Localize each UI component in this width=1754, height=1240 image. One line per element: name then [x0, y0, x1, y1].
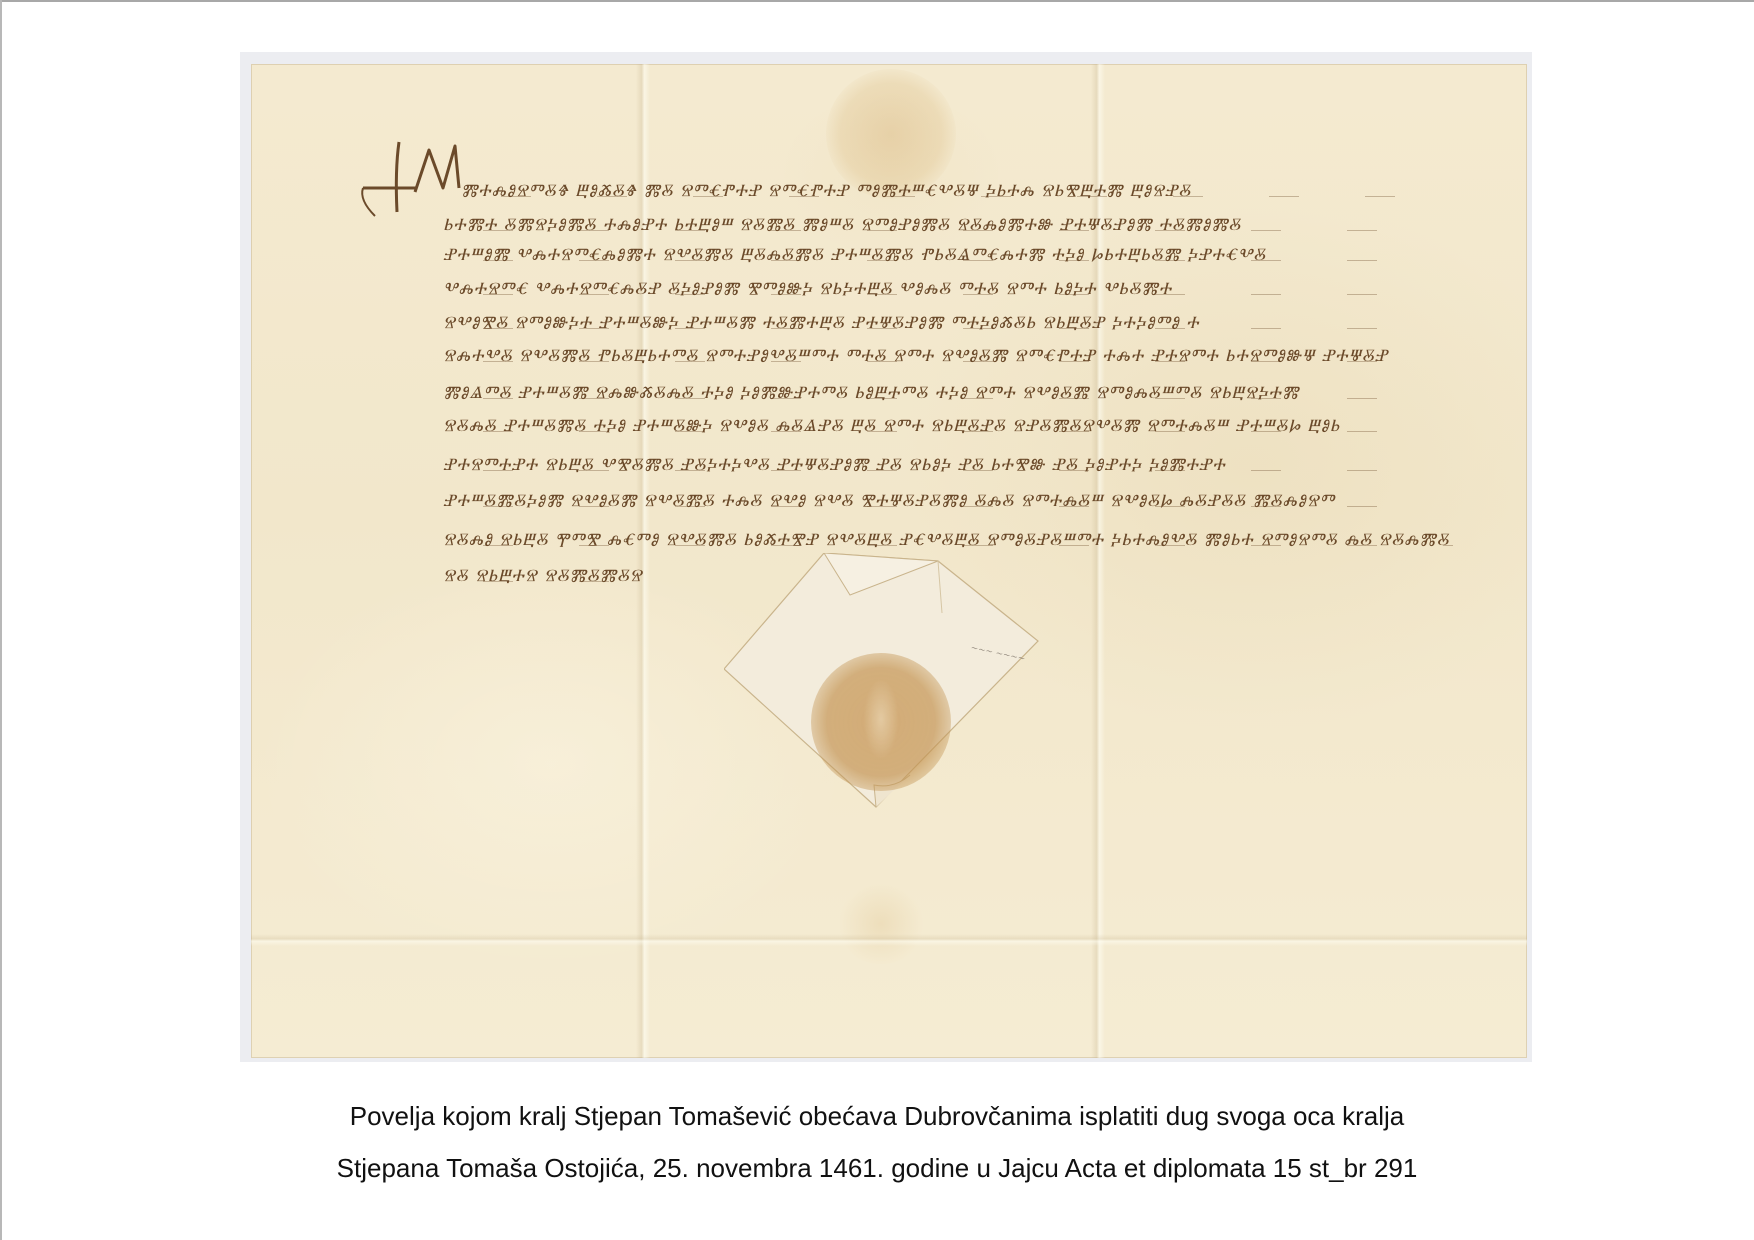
script-line: ⰔⰋⰎⰋ ⰐⰀⰞⰋⰏⰋ ⰀⰍⰑ ⰐⰀⰞⰋⰖⰍ ⰔⰂⰑⰋ ⰎⰋⰡⰐⰋ ⰁⰋ ⰔⰕⰀ… [443, 415, 1428, 437]
wax-seal: ~~~ ~~~~ [724, 553, 1054, 823]
script-line: ⰐⰀⰞⰑⰏ ⰂⰎⰀⰔⰕⰤⰎⰑⰏⰀ ⰔⰂⰋⰏⰋ ⰁⰋⰎⰋⰏⰋ ⰐⰀⰞⰋⰏⰋ ⰒⰓⰋ… [443, 244, 1423, 266]
script-line: ⰂⰎⰀⰔⰕⰤ ⰂⰎⰀⰔⰕⰤⰎⰋⰐ ⰋⰍⰑⰐⰑⰏ ⰊⰕⰑⰖⰍ ⰔⰓⰍⰀⰁⰋ ⰂⰑⰎ… [443, 278, 1433, 300]
script-line: ⰐⰀⰔⰕⰀⰐⰀ ⰔⰓⰁⰋ ⰂⰊⰋⰏⰋ ⰐⰋⰍⰀⰍⰂⰋ ⰐⰀⰛⰋⰐⰑⰏ ⰐⰋ ⰔⰓ… [443, 454, 1428, 476]
script-line: ⰔⰎⰀⰂⰋ ⰔⰂⰋⰏⰋ ⰒⰓⰋⰁⰓⰀⰕⰋ ⰔⰕⰀⰐⰑⰂⰋⰞⰕⰀ ⰕⰀⰋ ⰔⰕⰀ … [443, 345, 1428, 367]
script-line: ⰏⰀⰎⰑⰔⰕⰋⰦ ⰁⰑⰆⰋⰦ ⰏⰋ ⰔⰕⰤⰒⰀⰐ ⰔⰕⰤⰒⰀⰐ ⰕⰑⰏⰀⰞⰤⰂⰋ… [461, 180, 1421, 202]
charter-photo: ⰏⰀⰎⰑⰔⰕⰋⰦ ⰁⰑⰆⰋⰦ ⰏⰋ ⰔⰕⰤⰒⰀⰐ ⰔⰕⰤⰒⰀⰐ ⰕⰑⰏⰀⰞⰤⰂⰋ… [240, 52, 1532, 1062]
caption-line-2: Stjepana Tomaša Ostojića, 25. novembra 1… [0, 1148, 1754, 1188]
seal-wax-impression [811, 653, 951, 791]
script-line: ⰓⰀⰏⰀ ⰋⰏⰔⰍⰑⰏⰋ ⰀⰎⰑⰐⰀ ⰓⰀⰁⰑⰞ ⰔⰋⰏⰋ ⰏⰑⰞⰋ ⰔⰕⰑⰐⰑ… [443, 214, 1423, 236]
script-line: ⰏⰑⰡⰕⰋ ⰐⰀⰞⰋⰏ ⰔⰎⰖⰆⰋⰎⰋ ⰀⰍⰑ ⰍⰑⰏⰖⰐⰀⰕⰋ ⰓⰑⰁⰀⰕⰋ … [443, 382, 1428, 404]
parchment: ⰏⰀⰎⰑⰔⰕⰋⰦ ⰁⰑⰆⰋⰦ ⰏⰋ ⰔⰕⰤⰒⰀⰐ ⰔⰕⰤⰒⰀⰐ ⰕⰑⰏⰀⰞⰤⰂⰋ… [251, 64, 1527, 1058]
caption: Povelja kojom kralj Stjepan Tomašević ob… [0, 1096, 1754, 1188]
page-border-left [0, 0, 2, 1240]
page-border-top [0, 0, 1754, 2]
script-line: ⰔⰂⰑⰊⰋ ⰔⰕⰑⰖⰍⰀ ⰐⰀⰞⰋⰖⰍ ⰐⰀⰞⰋⰏ ⰀⰋⰏⰀⰁⰋ ⰐⰀⰛⰋⰐⰑⰏ… [443, 312, 1428, 334]
initial-cross-m-icon [355, 140, 465, 220]
script-line: ⰐⰀⰞⰋⰏⰋⰍⰑⰏ ⰔⰂⰑⰋⰏ ⰔⰂⰋⰏⰋ ⰀⰎⰋ ⰔⰂⰑ ⰔⰂⰋ ⰊⰀⰛⰋⰐⰋ… [443, 490, 1428, 512]
script-line: ⰔⰋ ⰔⰓⰁⰀⰔ ⰔⰋⰏⰋⰏⰋⰔⰕⰑ [443, 565, 643, 587]
script-line: ⰔⰋⰎⰑ ⰔⰓⰁⰋ ⰉⰕⰊ ⰎⰤⰕⰑ ⰔⰂⰋⰏⰋ ⰓⰑⰆⰀⰊⰐ ⰔⰂⰋⰁⰋ ⰐⰤ… [443, 529, 1453, 551]
caption-line-1: Povelja kojom kralj Stjepan Tomašević ob… [0, 1096, 1754, 1136]
